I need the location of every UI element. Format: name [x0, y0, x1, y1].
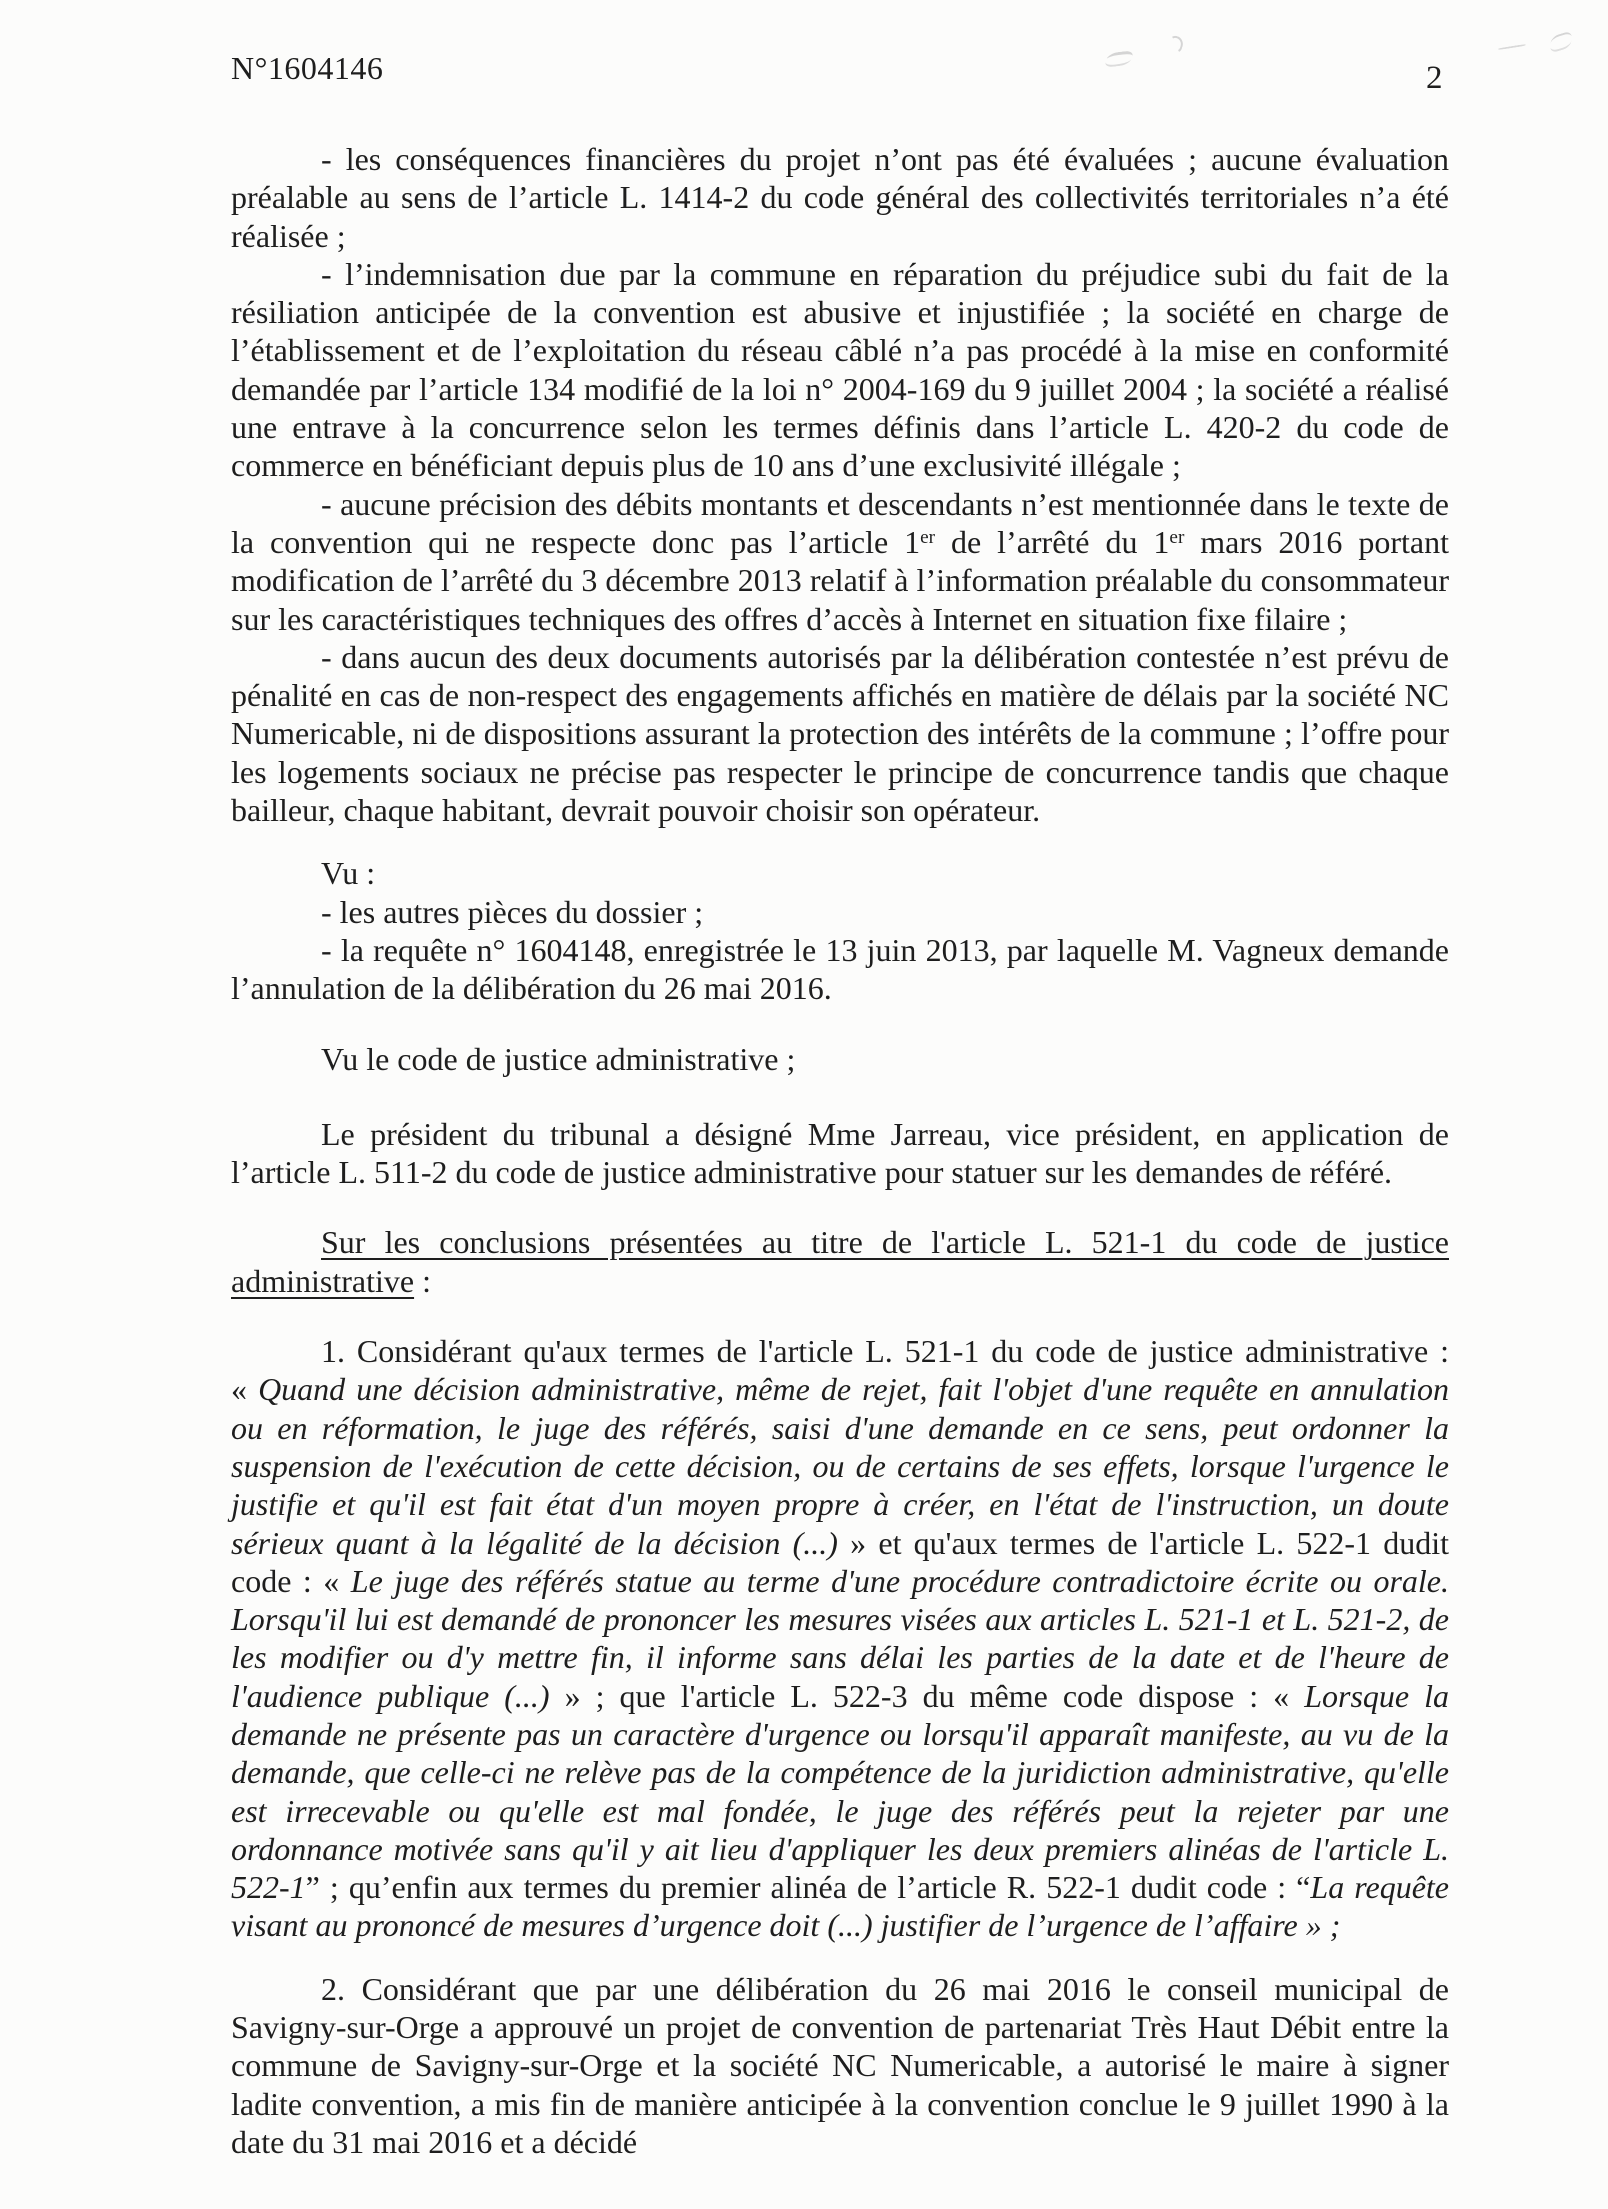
vu-item-petition: - la requête n° 1604148, enregistrée le … — [231, 931, 1449, 1008]
section-heading-colon: : — [414, 1263, 431, 1299]
considerant-1: 1. Considérant qu'aux termes de l'articl… — [231, 1332, 1449, 1945]
scan-smudge — [1498, 44, 1526, 50]
grievance-debits: - aucune précision des débits montants e… — [231, 485, 1449, 638]
scanned-document-page: N°1604146 2 - les conséquences financièr… — [0, 0, 1608, 2209]
text-run: de l’arrêté du 1 — [935, 524, 1169, 560]
superscript-er: er — [1169, 527, 1184, 548]
page-number: 2 — [1426, 60, 1443, 97]
superscript-er: er — [920, 527, 935, 548]
text-run: ” ; qu’enfin aux termes du premier aliné… — [306, 1869, 1311, 1905]
grievance-financial-consequences: - les conséquences financières du projet… — [231, 140, 1449, 255]
grievance-penalties: - dans aucun des deux documents autorisé… — [231, 638, 1449, 829]
scan-smudge — [1166, 34, 1185, 54]
scan-smudge — [1104, 50, 1135, 68]
grievance-indemnification: - l’indemnisation due par la commune en … — [231, 255, 1449, 485]
considerant-2: 2. Considérant que par une délibération … — [231, 1970, 1449, 2161]
section-heading: Sur les conclusions présentées au titre … — [231, 1223, 1449, 1300]
case-number: N°1604146 — [231, 50, 383, 87]
text-run: » ; que l'article L. 522-3 du même code … — [550, 1678, 1305, 1714]
president-designation: Le président du tribunal a désigné Mme J… — [231, 1115, 1449, 1192]
vu-label: Vu : — [231, 854, 1449, 892]
document-body: - les conséquences financières du projet… — [231, 140, 1449, 2161]
vu-item-other-documents: - les autres pièces du dossier ; — [231, 893, 1449, 931]
scan-smudge — [1550, 30, 1572, 53]
vu-code-justice-administrative: Vu le code de justice administrative ; — [231, 1040, 1449, 1078]
